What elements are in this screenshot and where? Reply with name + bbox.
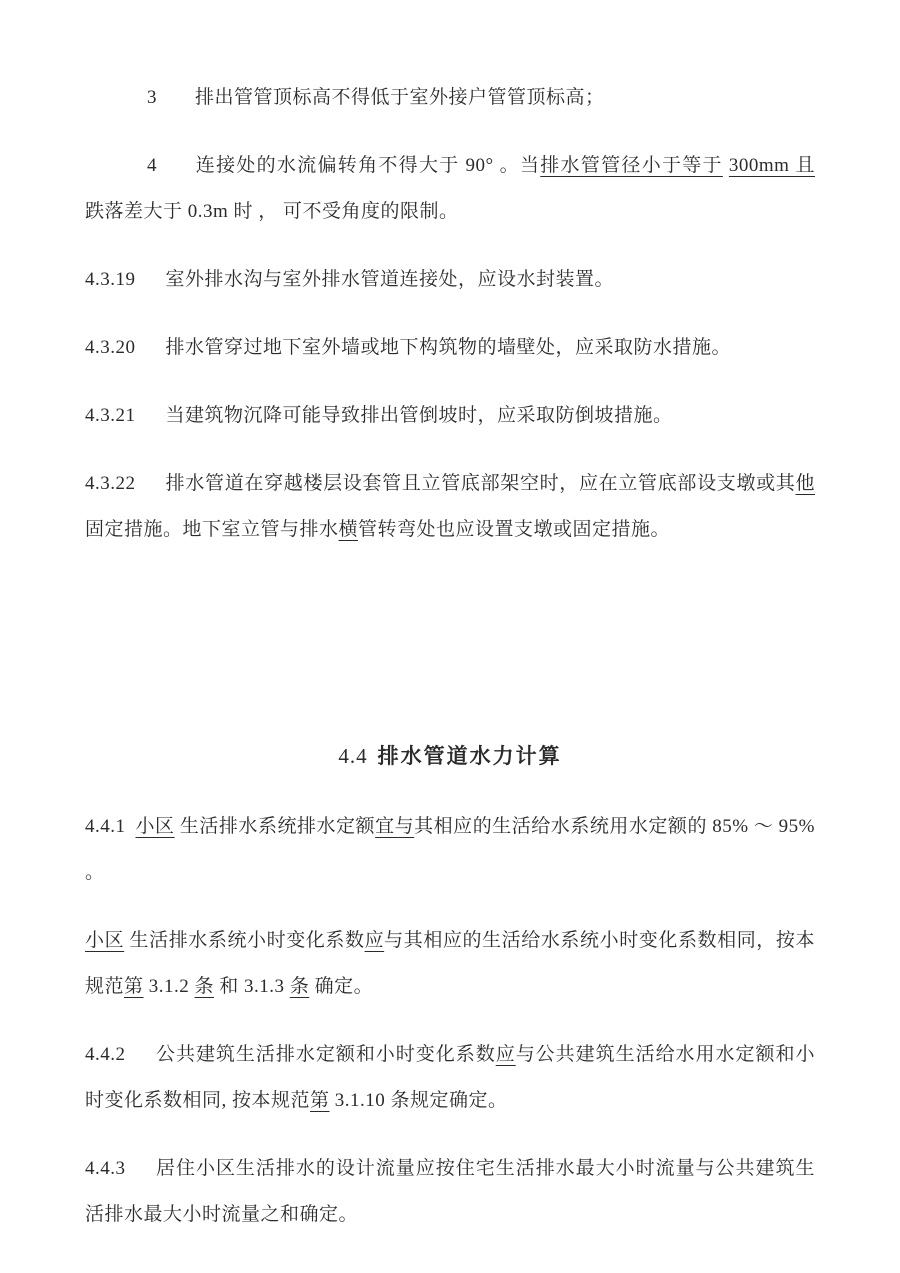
text-segment: 排水管穿过地下室外墙或地下构筑物的墙壁处，应采取防水措施。 xyxy=(166,337,732,358)
underlined-text-segment: 第 xyxy=(124,976,144,997)
text-segment: 3.1.2 xyxy=(144,976,195,997)
text-segment: 排水管道在穿越楼层设套管且立管底部架空时，应在立管底部设支墩或其 xyxy=(166,473,796,494)
underlined-text-segment: 他 xyxy=(795,473,815,494)
text-segment: 固定措施。地下室立管与排水 xyxy=(85,519,339,540)
clause-paragraph-4.4.1: 4.4.1小区 生活排水系统排水定额宜与其相应的生活给水系统用水定额的 85% … xyxy=(85,804,815,896)
underlined-text-segment: 应 xyxy=(496,1044,516,1065)
text-segment: 连接处的水流偏转角不得大于 90° 。当 xyxy=(195,155,540,176)
text-segment: 排出管管顶标高不得低于室外接户管管顶标高； xyxy=(195,87,605,108)
clause-paragraph-4.4.2: 4.4.2公共建筑生活排水定额和小时变化系数应与公共建筑生活给水用水定额和小时变… xyxy=(85,1032,815,1124)
text-segment: 生活排水系统小时变化系数 xyxy=(124,930,364,951)
section-number: 4.4 xyxy=(338,744,367,768)
clause-paragraph-4.3.20: 4.3.20排水管穿过地下室外墙或地下构筑物的墙壁处，应采取防水措施。 xyxy=(85,325,815,371)
document-page: 3排出管管顶标高不得低于室外接户管管顶标高；4连接处的水流偏转角不得大于 90°… xyxy=(0,0,900,1273)
text-segment: 3.1.10 条规定确定。 xyxy=(330,1090,508,1111)
clause-number: 4.3.22 xyxy=(85,473,136,494)
underlined-text-segment: 宜与 xyxy=(375,816,414,837)
text-segment: 当建筑物沉降可能导致排出管倒坡时，应采取防倒坡措施。 xyxy=(166,405,673,426)
clause-number: 3 xyxy=(147,87,157,108)
section-title: 排水管道水力计算 xyxy=(378,745,562,768)
clause-paragraph-4.4.3: 4.4.3居住小区生活排水的设计流量应按住宅生活排水最大小时流量与公共建筑生活排… xyxy=(85,1146,815,1238)
clause-paragraph-4: 4连接处的水流偏转角不得大于 90° 。当排水管管径小于等于 300mm 且 跌… xyxy=(85,143,815,235)
clause-number: 4.3.21 xyxy=(85,405,136,426)
text-segment: 确定。 xyxy=(309,976,373,997)
clause-paragraph-4.3.22: 4.3.22排水管道在穿越楼层设套管且立管底部架空时，应在立管底部设支墩或其他固… xyxy=(85,461,815,553)
underlined-text-segment: 应 xyxy=(365,930,385,951)
text-segment: 公共建筑生活排水定额和小时变化系数 xyxy=(156,1044,496,1065)
clause-paragraph-4.3.21: 4.3.21当建筑物沉降可能导致排出管倒坡时，应采取防倒坡措施。 xyxy=(85,393,815,439)
text-segment: 生活排水系统排水定额 xyxy=(175,816,376,837)
text-segment: 室外排水沟与室外排水管道连接处，应设水封装置。 xyxy=(166,269,615,290)
clause-paragraph-3: 3排出管管顶标高不得低于室外接户管管顶标高； xyxy=(85,75,815,121)
section-heading: 4.4排水管道水力计算 xyxy=(85,733,815,780)
clause-number: 4 xyxy=(147,155,157,176)
underlined-text-segment: 300mm 且 xyxy=(729,155,815,176)
clause-number: 4.3.19 xyxy=(85,269,136,290)
clause-number: 4.4.3 xyxy=(85,1158,126,1179)
text-segment: 和 3.1.3 xyxy=(214,976,290,997)
clause-number: 4.4.2 xyxy=(85,1044,126,1065)
underlined-text-segment: 条 xyxy=(290,976,310,997)
underlined-text-segment: 横 xyxy=(339,519,359,540)
underlined-text-segment: 第 xyxy=(310,1090,330,1111)
underlined-text-segment: 条 xyxy=(195,976,215,997)
underlined-text-segment: 排水管管径小于等于 xyxy=(540,155,723,176)
clause-paragraph-4.3.19: 4.3.19室外排水沟与室外排水管道连接处，应设水封装置。 xyxy=(85,257,815,303)
clause-paragraph-continuation: 小区 生活排水系统小时变化系数应与其相应的生活给水系统小时变化系数相同，按本规范… xyxy=(85,918,815,1010)
document-content: 3排出管管顶标高不得低于室外接户管管顶标高；4连接处的水流偏转角不得大于 90°… xyxy=(85,75,815,1238)
text-segment: 跌落差大于 0.3m 时 ， 可不受角度的限制。 xyxy=(85,201,459,222)
clause-number: 4.3.20 xyxy=(85,337,136,358)
text-segment: 管转弯处也应设置支墩或固定措施。 xyxy=(358,519,670,540)
clause-number: 4.4.1 xyxy=(85,816,126,837)
underlined-text-segment: 小区 xyxy=(85,930,124,951)
text-segment: 居住小区生活排水的设计流量应按住宅生活排水最大小时流量与公共建筑生活排水最大小时… xyxy=(85,1158,815,1225)
underlined-text-segment: 小区 xyxy=(136,816,175,837)
